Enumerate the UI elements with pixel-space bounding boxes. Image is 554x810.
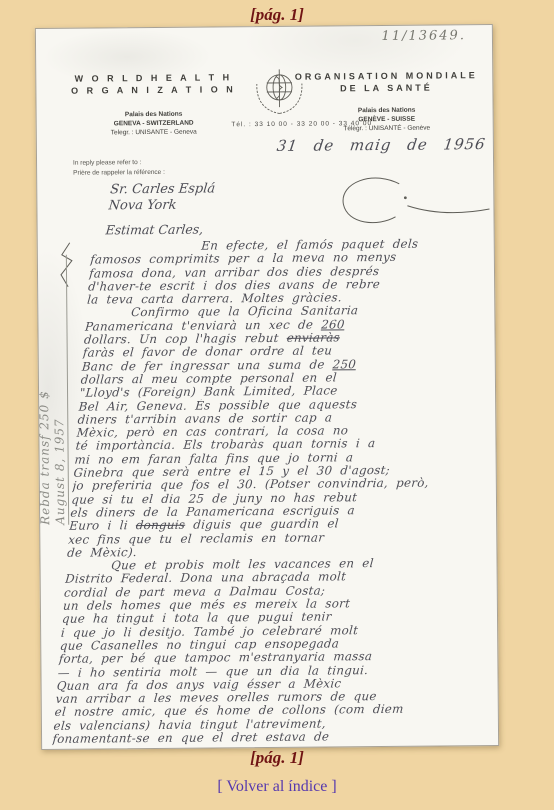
archive-ref-number: 11/13649. — [381, 28, 466, 44]
recipient-address: Sr. Carles Esplá Nova York — [108, 181, 216, 214]
salutation: Estimat Carles, — [105, 222, 204, 238]
org-name-fr: ORGANISATION MONDIALE DE LA SANTÉ — [286, 69, 486, 95]
letter-line: fonamentant-se en que el dret estava de — [52, 729, 471, 746]
handwritten-date: 31 de maig de 1956 — [276, 135, 487, 155]
back-to-index-link[interactable]: [ Volver al índice ] — [217, 778, 336, 795]
page-label-bottom: [pág. 1] — [0, 748, 554, 768]
page: { "page": { "top_label": "[pág. 1]", "bo… — [0, 0, 554, 810]
letter-body: En efecte, el famós paquet delsfamosos c… — [52, 237, 510, 746]
page-label-top: [pág. 1] — [0, 5, 554, 25]
margin-note-received: Rebda transf 250 $ August 8, 1957 — [36, 255, 69, 525]
pen-flourish-mark — [327, 173, 498, 239]
org-name-en: W O R L D H E A L T H O R G A N I Z A T … — [58, 71, 248, 97]
reply-reference-block: In reply please refer to : Prière de rap… — [73, 158, 165, 179]
scanned-letter: 11/13649. W O R L D H E A L T H O R G A … — [35, 24, 499, 750]
footer-nav: [ Volver al índice ] — [0, 778, 554, 796]
